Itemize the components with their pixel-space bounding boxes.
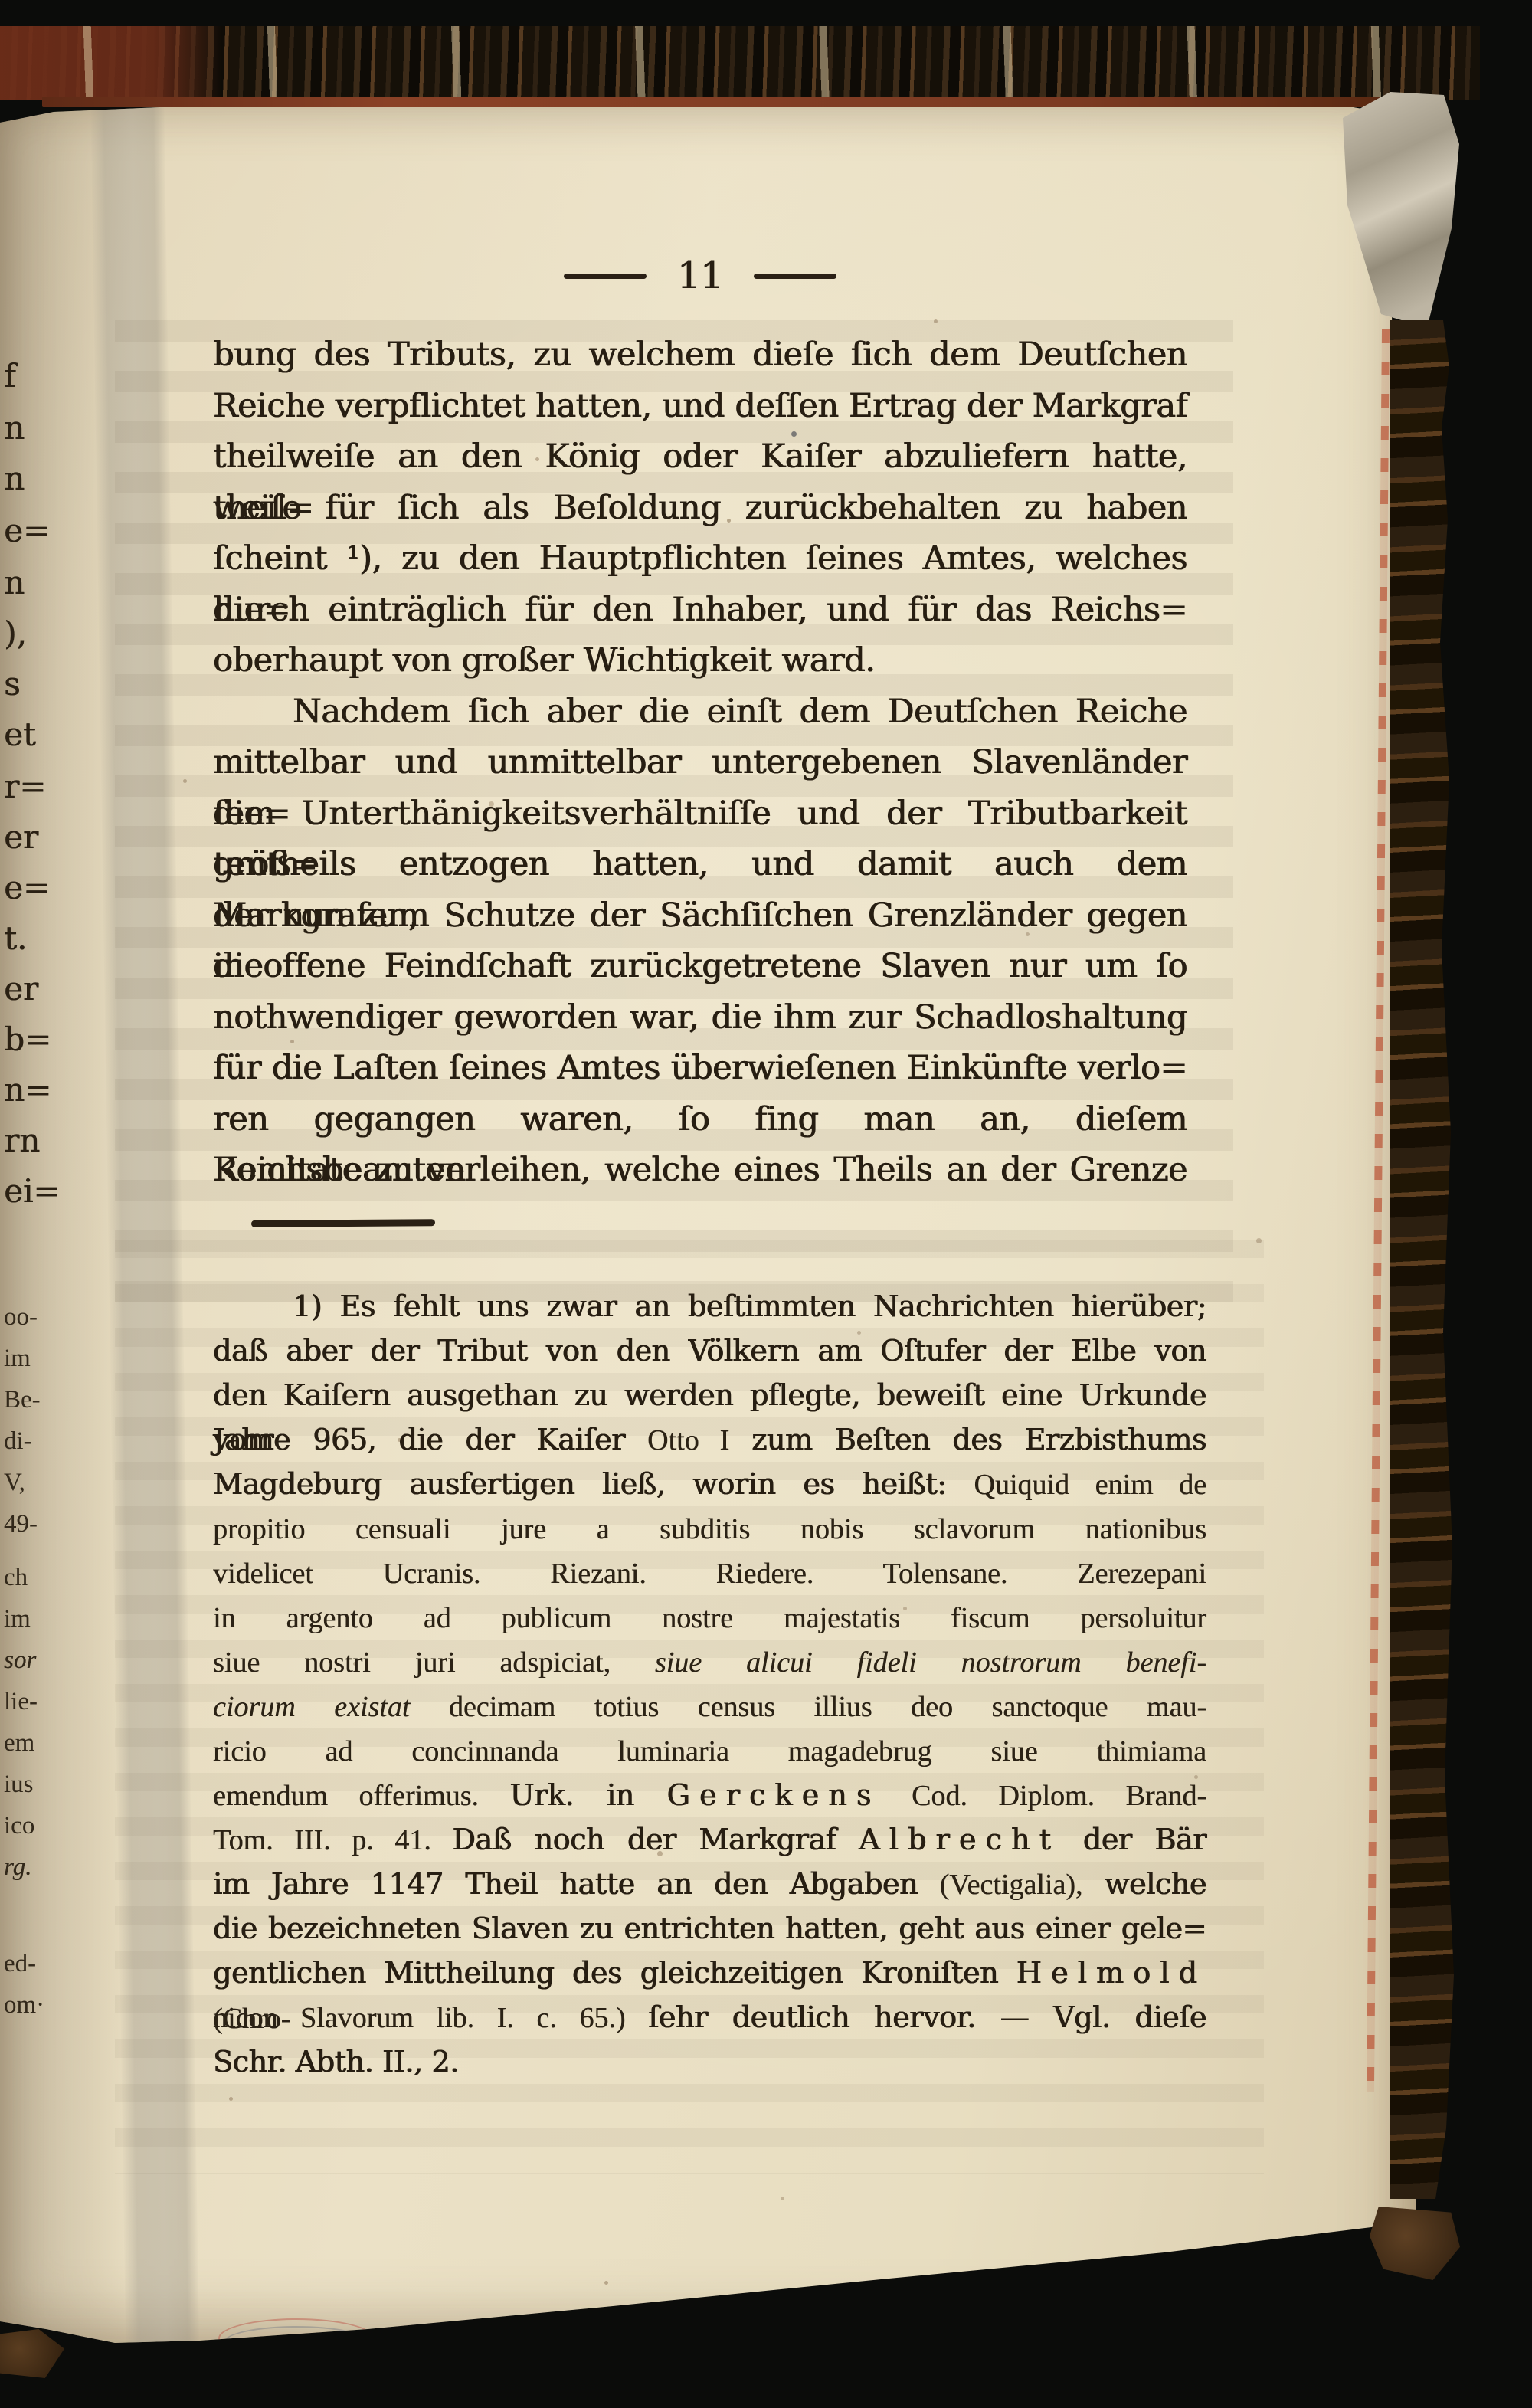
main-text: bung des Tributs, zu welchem dieſe ſich … bbox=[213, 329, 1187, 1196]
text-line: oberhaupt von großer Wichtigkeit ward. bbox=[213, 635, 1187, 686]
margin-fragment: e= bbox=[4, 872, 50, 904]
text-run: 1) Es fehlt uns zwar an beſtimmten Nachr… bbox=[293, 1289, 1206, 1323]
text-run: ciorum existat bbox=[213, 1691, 410, 1723]
text-run: in argento ad publicum nostre majestatis… bbox=[213, 1602, 1206, 1634]
text-run: welche bbox=[1082, 1867, 1206, 1901]
text-line: nothwendiger geworden war, die ihm zur S… bbox=[213, 992, 1187, 1043]
text-line: die bezeichneten Slaven zu entrichten ha… bbox=[213, 1906, 1206, 1951]
text-run: zum Beſten des Erzbisthums bbox=[729, 1423, 1206, 1456]
text-run: Albrecht bbox=[859, 1823, 1060, 1856]
margin-fragment: er bbox=[4, 821, 38, 853]
margin-fragment: ei= bbox=[4, 1175, 60, 1207]
text-line: nicon Slavorum lib. I. c. 65.) ſehr deut… bbox=[213, 1995, 1206, 2039]
margin-fragment: r= bbox=[4, 771, 46, 803]
text-run: der Bär bbox=[1060, 1823, 1206, 1856]
margin-fragment: ed- bbox=[4, 1951, 36, 1977]
book-top-edge bbox=[0, 26, 1480, 100]
text-line: siue nostri juri adspiciat, siue alicui … bbox=[213, 1640, 1206, 1684]
text-run: oberhaupt von großer Wichtigkeit ward. bbox=[213, 641, 875, 680]
text-line: ſcheint ¹), zu den Hauptpflichten ſeines… bbox=[213, 533, 1187, 585]
book-bottom-edge-right bbox=[1370, 2207, 1460, 2280]
margin-fragment: V, bbox=[4, 1470, 25, 1496]
margin-fragment: n bbox=[4, 567, 25, 599]
text-run: Otto I bbox=[647, 1424, 729, 1456]
margin-fragment: Be- bbox=[4, 1387, 41, 1413]
text-line: Komitate zu verleihen, welche eines Thei… bbox=[213, 1145, 1187, 1196]
text-run: Komitate zu verleihen, welche eines Thei… bbox=[213, 1151, 1187, 1189]
margin-fragment: oo- bbox=[4, 1305, 38, 1330]
stamp-mark-blue bbox=[224, 2326, 369, 2358]
text-line: videlicet Ucranis. Riezani. Riedere. Tol… bbox=[213, 1551, 1206, 1595]
text-line: daß aber der Tribut von den Völkern am O… bbox=[213, 1328, 1206, 1373]
text-run: Quiquid enim de bbox=[974, 1469, 1206, 1501]
margin-fragment: om· bbox=[4, 1993, 44, 2018]
margin-fragments-column: fnne=n),setr=ere=t.erb=n=rnei=oo-imBe-di… bbox=[0, 0, 69, 2408]
text-line: Magdeburg ausfertigen ließ, worin es hei… bbox=[213, 1462, 1206, 1506]
text-line: Nachdem ſich aber die einſt dem Deutſche… bbox=[213, 686, 1187, 738]
margin-fragment: ), bbox=[4, 618, 27, 650]
margin-fragment: f bbox=[4, 360, 16, 392]
text-line: ren gegangen waren, ſo fing man an, dieſ… bbox=[213, 1094, 1187, 1145]
margin-fragment: er bbox=[4, 973, 38, 1005]
text-run: Helmold bbox=[1016, 1956, 1206, 1990]
text-line: Schr. Abth. II., 2. bbox=[213, 2039, 1206, 2084]
page-number: 11 bbox=[677, 257, 723, 294]
text-run: daß aber der Tribut von den Völkern am O… bbox=[213, 1334, 1206, 1368]
text-run: videlicet Ucranis. Riezani. Riedere. Tol… bbox=[213, 1558, 1206, 1590]
text-run: Reiche verpflichtet hatten, und deſſen E… bbox=[213, 387, 1187, 425]
margin-fragment: im bbox=[4, 1346, 31, 1371]
text-run: Nachdem ſich aber die einſt dem Deutſche… bbox=[293, 693, 1187, 731]
text-line: propitio censuali jure a subditis nobis … bbox=[213, 1506, 1206, 1551]
text-line: tentheils entzogen hatten, und damit auc… bbox=[213, 839, 1187, 890]
text-line: Jahre 965, die der Kaiſer Otto I zum Beſ… bbox=[213, 1417, 1206, 1462]
margin-fragment: et bbox=[4, 719, 36, 751]
stamp-mark-red bbox=[218, 2318, 375, 2358]
text-run: für die Laſten ſeines Amtes überwieſenen… bbox=[213, 1049, 1187, 1087]
margin-fragment: lie- bbox=[4, 1689, 38, 1715]
text-line: emendum offerimus. Urk. in Gerckens Cod.… bbox=[213, 1773, 1206, 1817]
margin-fragment: n bbox=[4, 412, 25, 444]
text-run: nicon Slavorum lib. I. c. 65.) bbox=[213, 2002, 648, 2034]
margin-fragment: s bbox=[4, 668, 21, 700]
text-line: 1) Es fehlt uns zwar an beſtimmten Nachr… bbox=[213, 1284, 1206, 1328]
margin-fragment: ch bbox=[4, 1565, 28, 1591]
book-fore-edge bbox=[1390, 320, 1463, 2199]
text-line: in offene Feindſchaft zurückgetretene Sl… bbox=[213, 941, 1187, 992]
text-line: bung des Tributs, zu welchem dieſe ſich … bbox=[213, 329, 1187, 381]
text-run: Urk. in bbox=[509, 1778, 666, 1812]
footnote-separator bbox=[251, 1219, 435, 1227]
text-line: den Kaiſern ausgethan zu werden pflegte,… bbox=[213, 1373, 1206, 1417]
margin-fragment: e= bbox=[4, 515, 50, 547]
text-run: in offene Feindſchaft zurückgetretene Sl… bbox=[213, 947, 1187, 985]
margin-fragment: rg. bbox=[4, 1855, 31, 1880]
text-line: ſem Unterthänigkeitsverhältniſſe und der… bbox=[213, 788, 1187, 840]
margin-fragment: rn bbox=[4, 1125, 40, 1157]
text-run: (Vectigalia), bbox=[940, 1869, 1083, 1901]
header-rule-left bbox=[564, 274, 647, 279]
text-line: ciorum existat decimam totius census ill… bbox=[213, 1684, 1206, 1728]
text-run: siue alicui fideli nostrorum benefi- bbox=[655, 1646, 1206, 1679]
text-line: weiſe für ſich als Beſoldung zurückbehal… bbox=[213, 483, 1187, 534]
margin-fragment: im bbox=[4, 1607, 31, 1632]
text-run: Schr. Abth. II., 2. bbox=[213, 2045, 459, 2079]
text-run: Daß noch der Markgraf bbox=[452, 1823, 859, 1856]
text-run: propitio censuali jure a subditis nobis … bbox=[213, 1513, 1206, 1545]
text-run: siue nostri juri adspiciat, bbox=[213, 1646, 655, 1679]
text-run: bung des Tributs, zu welchem dieſe ſich … bbox=[213, 336, 1187, 374]
text-run: emendum offerimus. bbox=[213, 1780, 509, 1812]
margin-fragment: 49- bbox=[4, 1512, 38, 1537]
text-run: weiſe für ſich als Beſoldung zurückbehal… bbox=[213, 489, 1187, 527]
margin-fragment: ico bbox=[4, 1813, 34, 1839]
text-run: Cod. Diplom. Brand- bbox=[881, 1780, 1206, 1812]
text-line: gentlichen Mittheilung des gleichzeitige… bbox=[213, 1951, 1206, 1995]
margin-fragment: b= bbox=[4, 1024, 51, 1056]
header-rule-right bbox=[754, 274, 836, 279]
text-line: in argento ad publicum nostre majestatis… bbox=[213, 1595, 1206, 1640]
text-run: Gerckens bbox=[666, 1778, 880, 1812]
text-run: Magdeburg ausfertigen ließ, worin es hei… bbox=[213, 1467, 974, 1501]
book-scan: fnne=n),setr=ere=t.erb=n=rnei=oo-imBe-di… bbox=[0, 0, 1532, 2408]
text-run: Tom. III. p. 41. bbox=[213, 1824, 452, 1856]
text-run: ſehr deutlich hervor. — Vgl. dieſe bbox=[648, 2000, 1206, 2034]
margin-fragment: n bbox=[4, 463, 25, 495]
margin-fragment: em bbox=[4, 1731, 34, 1756]
margin-fragment: ius bbox=[4, 1772, 34, 1797]
margin-fragment: sor bbox=[4, 1648, 36, 1673]
text-run: nothwendiger geworden war, die ihm zur S… bbox=[213, 998, 1187, 1037]
text-line: Tom. III. p. 41. Daß noch der Markgraf A… bbox=[213, 1817, 1206, 1862]
text-line: theilweiſe an den König oder Kaiſer abzu… bbox=[213, 431, 1187, 483]
text-run: im Jahre 1147 Theil hatte an den Abgaben bbox=[213, 1867, 940, 1901]
text-line: für die Laſten ſeines Amtes überwieſenen… bbox=[213, 1043, 1187, 1094]
margin-fragment: n= bbox=[4, 1074, 51, 1106]
text-run: durch einträglich für den Inhaber, und f… bbox=[213, 591, 1187, 629]
text-run: decimam totius census illius deo sanctoq… bbox=[410, 1691, 1206, 1723]
text-line: Reiche verpflichtet hatten, und deſſen E… bbox=[213, 381, 1187, 432]
margin-fragment: di- bbox=[4, 1429, 32, 1454]
text-run: ricio ad concinnanda luminaria magadebru… bbox=[213, 1735, 1206, 1768]
text-line: ricio ad concinnanda luminaria magadebru… bbox=[213, 1728, 1206, 1773]
text-line: im Jahre 1147 Theil hatte an den Abgaben… bbox=[213, 1862, 1206, 1906]
text-line: durch einträglich für den Inhaber, und f… bbox=[213, 585, 1187, 636]
text-line: mittelbar und unmittelbar untergebenen S… bbox=[213, 737, 1187, 788]
text-line: der nun zum Schutze der Sächſiſchen Gren… bbox=[213, 890, 1187, 942]
page-header: 11 bbox=[213, 247, 1187, 305]
footnote: 1) Es fehlt uns zwar an beſtimmten Nachr… bbox=[213, 1284, 1206, 2084]
text-run: die bezeichneten Slaven zu entrichten ha… bbox=[213, 1912, 1206, 1945]
margin-fragment: t. bbox=[4, 922, 27, 955]
text-run: Jahre 965, die der Kaiſer bbox=[213, 1423, 647, 1456]
text-run: gentlichen Mittheilung des gleichzeitige… bbox=[213, 1956, 1016, 1990]
